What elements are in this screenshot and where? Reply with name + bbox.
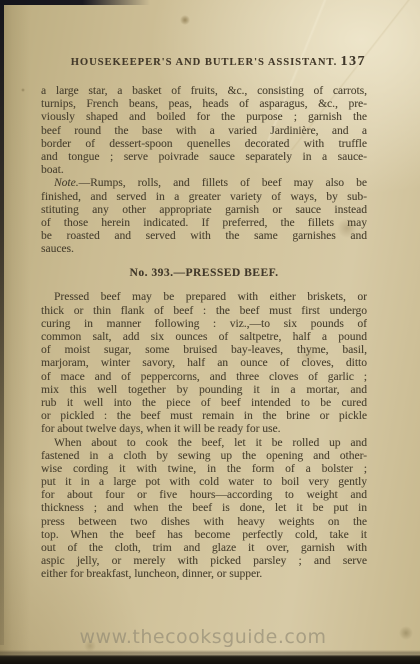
text-line: rub it well into the piece of beef inten… — [41, 397, 367, 410]
note-lead: Note. — [54, 177, 79, 189]
text-line: either for breakfast, luncheon, dinner, … — [41, 568, 367, 581]
intro-paragraphs: a large star, a basket of fruits, &c., c… — [41, 85, 367, 256]
paragraph: When about to cook the beef, let it be r… — [41, 437, 367, 582]
paragraph: Note.—Rumps, rolls, and fillets of beef … — [41, 177, 367, 256]
paragraph: Pressed beef may be prepared with either… — [41, 291, 367, 436]
text-line: When about to cook the beef, let it be r… — [41, 437, 367, 450]
text-line: or pickled : the beef must remain in the… — [41, 410, 367, 423]
text-line: and tongue ; serve poivrade sauce separa… — [41, 151, 367, 164]
text-line: put it in a large pot with cold water to… — [41, 476, 367, 489]
text-line: a large star, a basket of fruits, &c., c… — [41, 85, 367, 98]
page-number: 137 — [341, 54, 367, 70]
text-line: Note.—Rumps, rolls, and fillets of beef … — [41, 177, 367, 190]
text-line: thickness ; and when the beef is done, l… — [41, 502, 367, 515]
running-head-title: HOUSEKEEPER'S AND BUTLER'S ASSISTANT. — [41, 57, 367, 68]
text-line: of moist sugar, some bruised bay-leaves,… — [41, 344, 367, 357]
recipe-heading: No. 393.—PRESSED BEEF. — [41, 267, 367, 279]
photo-edge-top — [0, 0, 150, 5]
text-line: boat. — [41, 164, 367, 177]
text-line: border of dessert-spoon quenelles decora… — [41, 138, 367, 151]
text-line: Pressed beef may be prepared with either… — [41, 291, 367, 304]
text-line: of those herein indicated. If preferred,… — [41, 217, 367, 230]
text-line: marjoram, winter savory, half an ounce o… — [41, 357, 367, 370]
text-line: mix this well together by pounding it in… — [41, 384, 367, 397]
text-line: common salt, add six ounces of saltpetre… — [41, 331, 367, 344]
text-line: sauces. — [41, 243, 367, 256]
page-content: HOUSEKEEPER'S AND BUTLER'S ASSISTANT. 13… — [41, 57, 367, 582]
watermark: www.thecooksguide.com — [0, 626, 413, 648]
text-line: top. When the beef has become perfectly … — [41, 529, 367, 542]
text-line: finished, and served in a greater variet… — [41, 191, 367, 204]
text-line: for about four or five hours—according t… — [41, 489, 367, 502]
text-line: viously shaped and boiled for the purpos… — [41, 111, 367, 124]
text-line: turnips, French beans, peas, heads of as… — [41, 98, 367, 111]
text-line: wise cording it with twine, in the form … — [41, 463, 367, 476]
photo-edge-bottom — [0, 650, 420, 664]
book-page-scan: HOUSEKEEPER'S AND BUTLER'S ASSISTANT. 13… — [0, 0, 420, 664]
running-head: HOUSEKEEPER'S AND BUTLER'S ASSISTANT. 13… — [41, 57, 367, 73]
text-line: beef round the base with a varied Jardin… — [41, 125, 367, 138]
photo-edge-left — [0, 0, 4, 645]
text-line: press between two dishes with heavy weig… — [41, 516, 367, 529]
paragraph: a large star, a basket of fruits, &c., c… — [41, 85, 367, 177]
text-line: out of the cloth, trim and glaze it over… — [41, 542, 367, 555]
text-line: fastened in a cloth by sewing up the ope… — [41, 450, 367, 463]
text-line: aspic jelly, or merely with picked parsl… — [41, 555, 367, 568]
text-line: curing in manner following : viz.,—to si… — [41, 318, 367, 331]
text-line: of mace and of peppercorns, and three cl… — [41, 371, 367, 384]
recipe-paragraphs: Pressed beef may be prepared with either… — [41, 291, 367, 581]
text-line: be roasted and served with the same garn… — [41, 230, 367, 243]
text-line: thick or thin flank of beef : the beef m… — [41, 305, 367, 318]
text-line: stituting any other appropriate garnish … — [41, 204, 367, 217]
text-line: for about twelve days, when it will be r… — [41, 423, 367, 436]
